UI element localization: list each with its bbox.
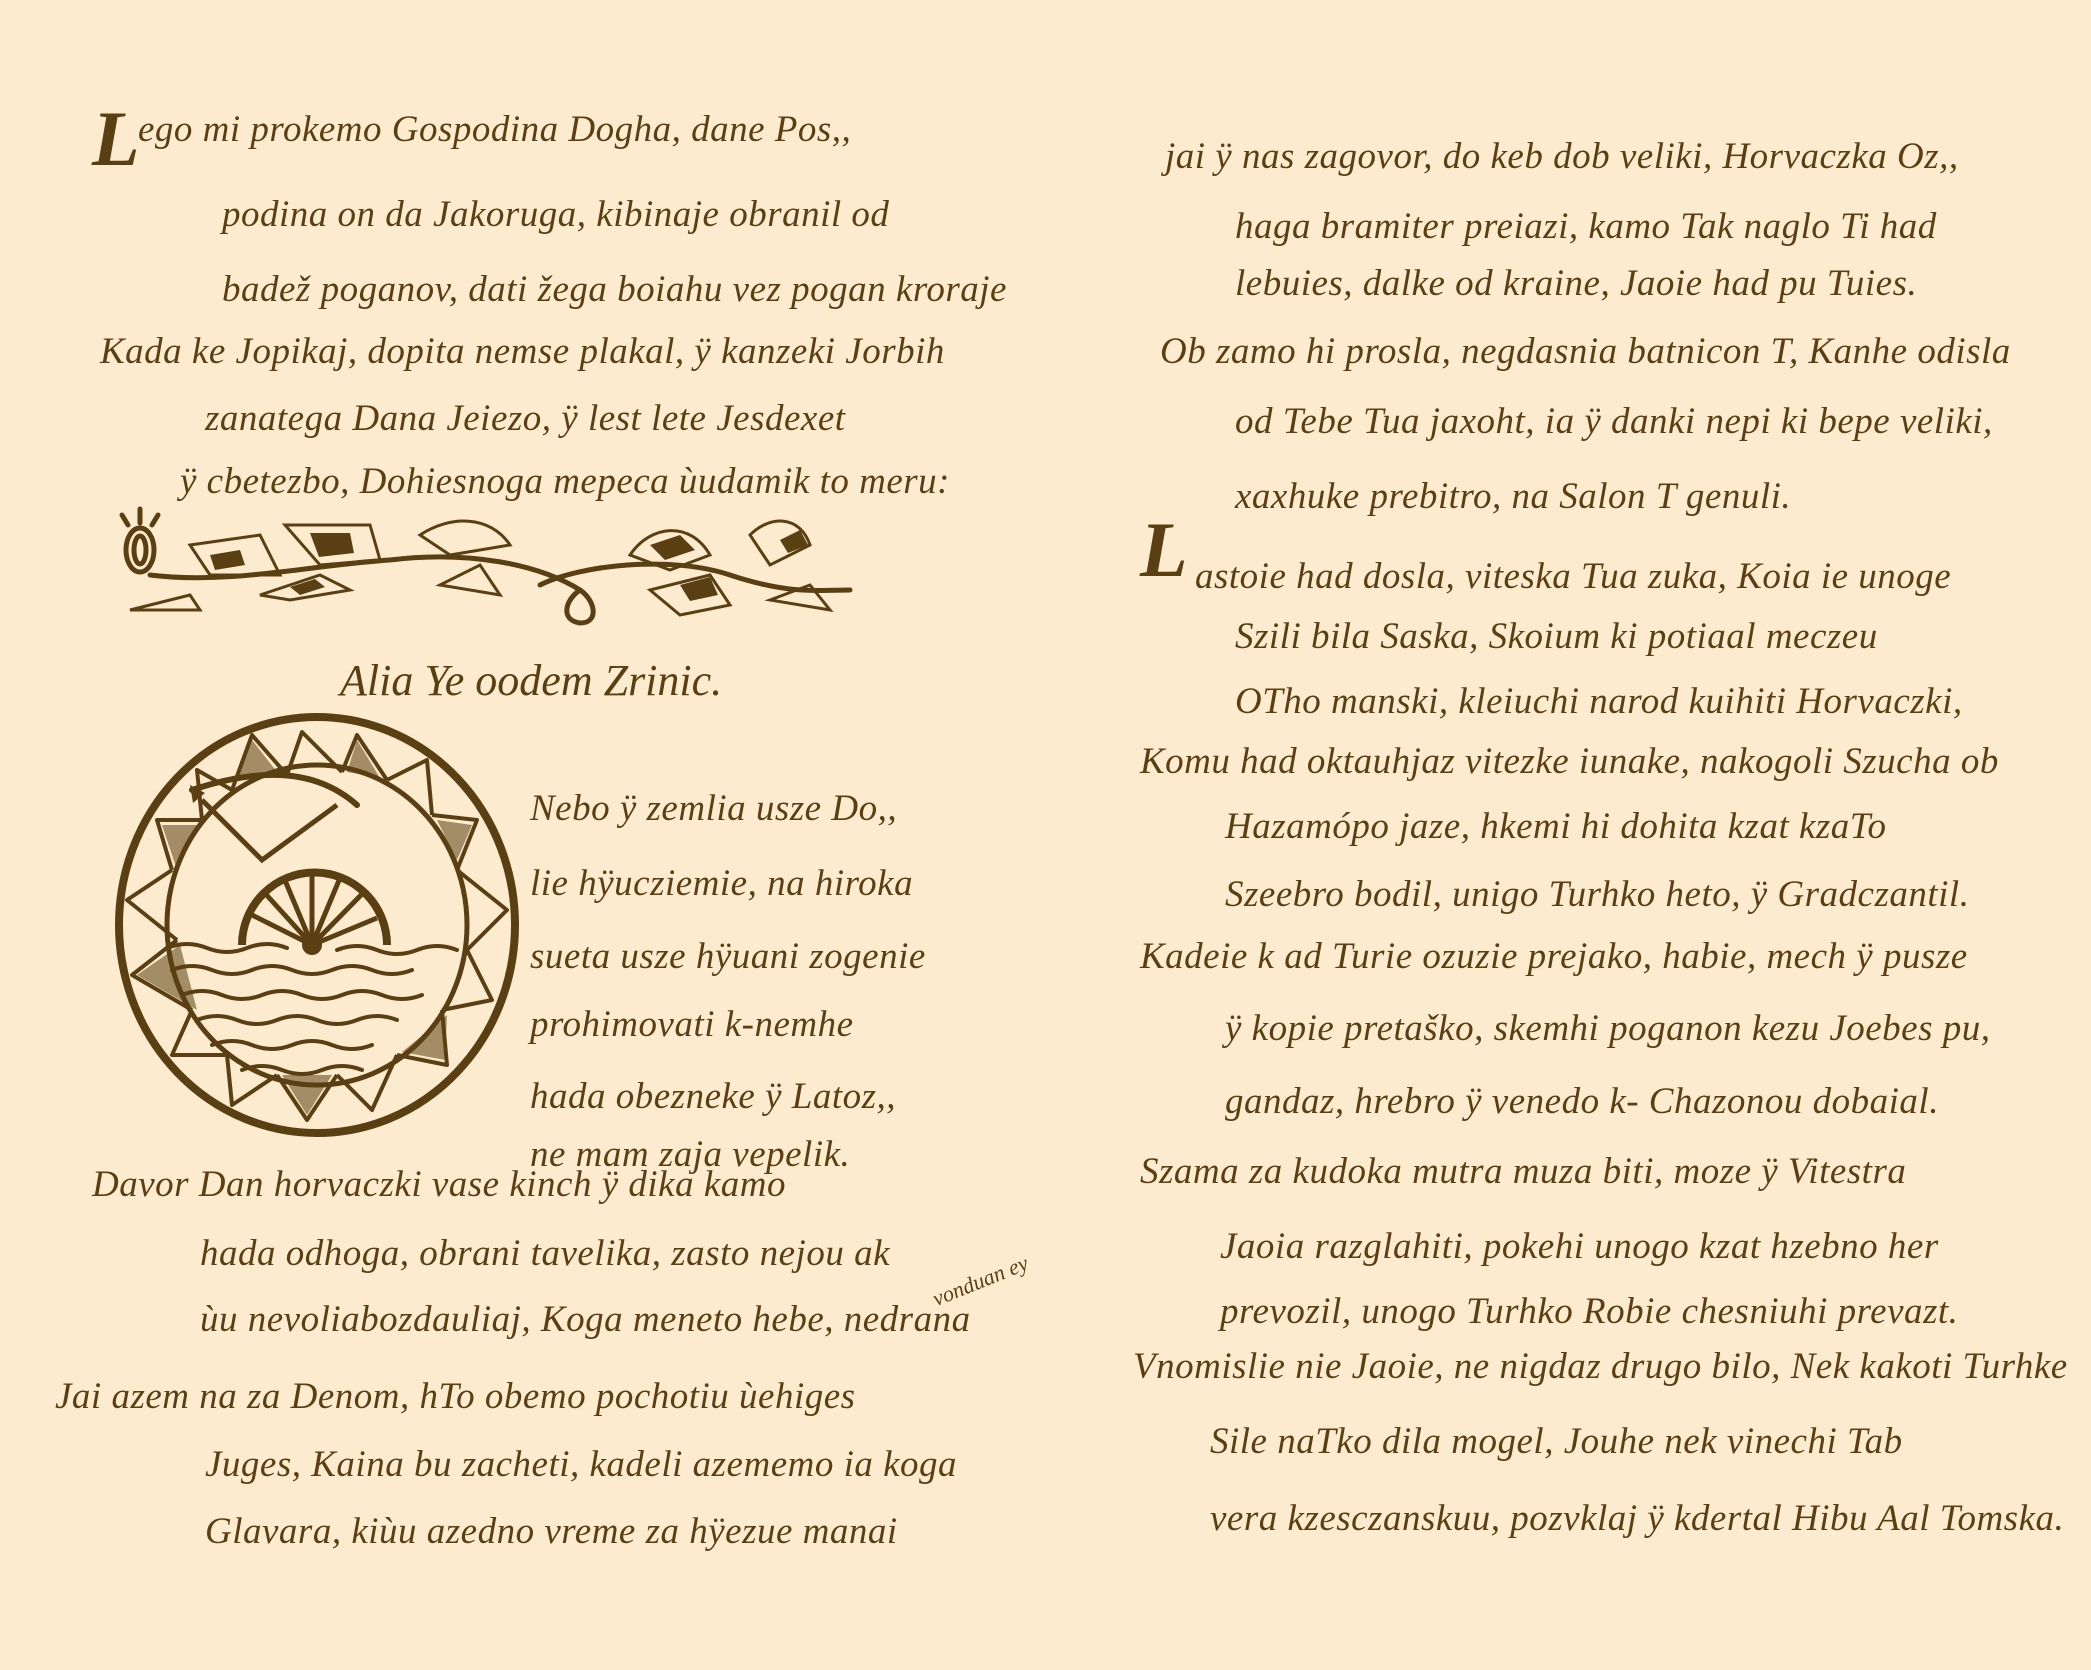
text-line: hada odhoga, obrani tavelika, zasto nejo…: [200, 1232, 890, 1275]
text-line: lie hÿucziemie, na hiroka: [530, 862, 913, 905]
text-line: haga bramiter preiazi, kamo Tak naglo Ti…: [1235, 205, 1937, 248]
text-line: sueta usze hÿuani zogenie: [530, 935, 926, 978]
text-line: Davor Dan horvaczki vase kinch ÿ dika ka…: [92, 1163, 786, 1206]
vine-ornament-icon: [110, 495, 870, 625]
text-line: prohimovati k-nemhe: [530, 1003, 854, 1046]
text-line: Szama za kudoka mutra muza biti, moze ÿ …: [1140, 1150, 1906, 1193]
text-line: Szili bila Saska, Skoium ki potiaal mecz…: [1235, 615, 1878, 658]
text-line: gandaz, hrebro ÿ venedo k- Chazonou doba…: [1225, 1080, 1939, 1123]
text-line: Ob zamo hi prosla, negdasnia batnicon T,…: [1160, 330, 2011, 373]
right-page: jai ÿ nas zagovor, do keb dob veliki, Ho…: [1045, 0, 2091, 1670]
text-line: vera kzesczanskuu, pozvklaj ÿ kdertal Hi…: [1210, 1497, 2064, 1540]
text-line: Sile naTko dila mogel, Jouhe nek vinechi…: [1210, 1420, 1903, 1463]
text-line: od Tebe Tua jaxoht, ia ÿ danki nepi ki b…: [1235, 400, 1993, 443]
text-line: hada obezneke ÿ Latoz,,: [530, 1075, 896, 1118]
text-line: OTho manski, kleiuchi narod kuihiti Horv…: [1235, 680, 1963, 723]
text-line: Glavara, kiùu azedno vreme za hÿezue man…: [205, 1510, 898, 1553]
text-line: podina on da Jakoruga, kibinaje obranil …: [222, 193, 889, 236]
text-line: Nebo ÿ zemlia usze Do,,: [530, 787, 897, 830]
text-line: ÿ kopie pretaško, skemhi poganon kezu Jo…: [1225, 1007, 1991, 1050]
text-line: Szeebro bodil, unigo Turhko heto, ÿ Grad…: [1225, 873, 1969, 916]
text-line: astoie had dosla, viteska Tua zuka, Koia…: [1195, 555, 1951, 598]
text-line: zanatega Dana Jeiezo, ÿ lest lete Jesdex…: [205, 397, 846, 440]
text-line: ùu nevoliabozdauliaj, Koga meneto hebe, …: [200, 1298, 971, 1341]
section-title: Alia Ye oodem Zrinic.: [340, 655, 722, 706]
decorated-initial-letter: L: [92, 94, 140, 184]
text-line: Juges, Kaina bu zacheti, kadeli azememo …: [205, 1443, 957, 1486]
decorated-initial-letter: L: [1140, 505, 1188, 595]
text-line: badež poganov, dati žega boiahu vez poga…: [222, 268, 1007, 311]
margin-annotation: vonduan ey: [929, 1250, 1032, 1312]
text-line: Hazamópo jaze, hkemi hi dohita kzat kzaT…: [1225, 805, 1886, 848]
text-line: jai ÿ nas zagovor, do keb dob veliki, Ho…: [1165, 135, 1959, 178]
text-line: Jaoia razglahiti, pokehi unogo kzat hzeb…: [1220, 1225, 1939, 1268]
text-line: Kadeie k ad Turie ozuzie prejako, habie,…: [1140, 935, 1968, 978]
text-line: Kada ke Jopikaj, dopita nemse plakal, ÿ …: [100, 330, 945, 373]
text-line: Komu had oktauhjaz vitezke iunake, nakog…: [1140, 740, 1999, 783]
text-line: Jai azem na za Denom, hTo obemo pochotiu…: [55, 1375, 856, 1418]
text-line: prevozil, unogo Turhko Robie chesniuhi p…: [1220, 1290, 1958, 1333]
text-line: lebuies, dalke od kraine, Jaoie had pu T…: [1235, 262, 1917, 305]
text-line: Vnomislie nie Jaoie, ne nigdaz drugo bil…: [1133, 1345, 2068, 1388]
left-page: L ego mi prokemo Gospodina Dogha, dane P…: [0, 0, 1045, 1670]
text-line: ego mi prokemo Gospodina Dogha, dane Pos…: [138, 108, 851, 151]
text-line: xaxhuke prebitro, na Salon T genuli.: [1235, 475, 1791, 518]
sun-wheel-emblem-icon: [112, 710, 522, 1140]
